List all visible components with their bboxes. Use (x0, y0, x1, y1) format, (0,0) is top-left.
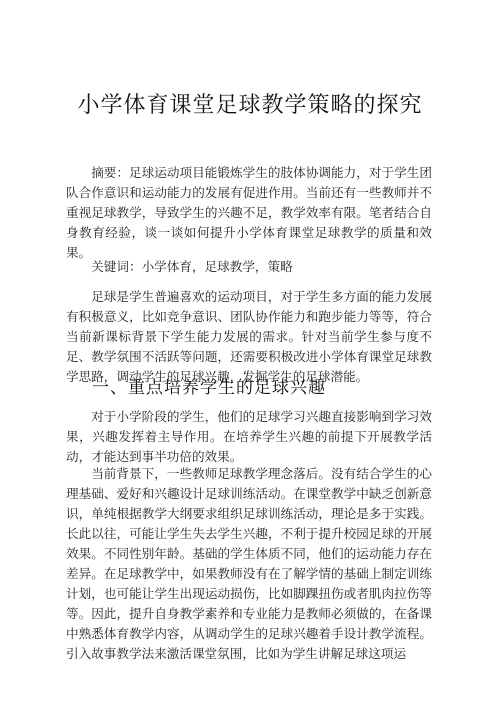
section-paragraph-1: 对于小学阶段的学生，他们的足球学习兴趣直接影响到学习效果，兴趣发挥着主导作用。在… (66, 407, 432, 467)
section-heading: 一、重点培养学生的足球兴趣 (92, 373, 326, 398)
section-paragraph-2: 当前背景下，一些教师足球教学理念落后。没有结合学生的心理基础、爱好和兴趣设计足球… (66, 464, 432, 664)
keywords-line: 关键词：小学体育，足球教学，策略 (66, 257, 432, 277)
document-page: 小学体育课堂足球教学策略的探究 摘要：足球运动项目能锻炼学生的肢体协调能力，对于… (0, 0, 500, 707)
abstract-paragraph: 摘要：足球运动项目能锻炼学生的肢体协调能力，对于学生团队合作意识和运动能力的发展… (66, 163, 432, 263)
document-title: 小学体育课堂足球教学策略的探究 (0, 88, 500, 119)
intro-paragraph: 足球是学生普遍喜欢的运动项目，对于学生多方面的能力发展有积极意义，比如竞争意识、… (66, 287, 432, 387)
